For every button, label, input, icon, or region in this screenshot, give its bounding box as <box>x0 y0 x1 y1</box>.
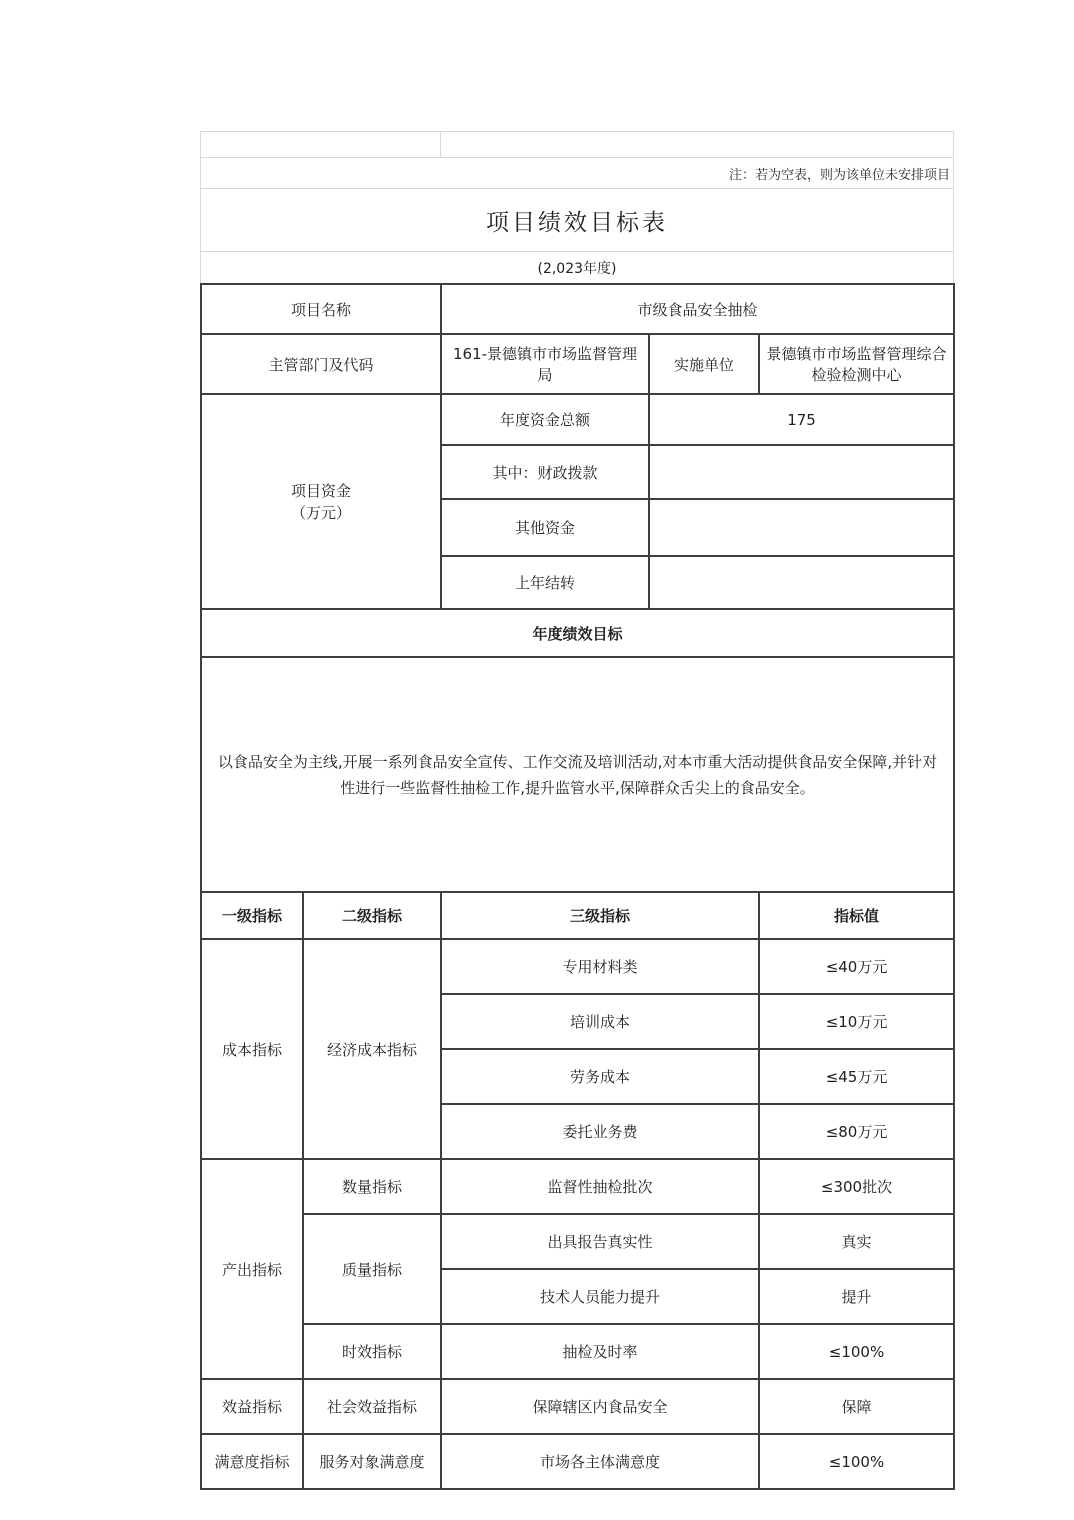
impl-unit-value: 景德镇市市场监督管理综合检验检测中心 <box>759 334 954 394</box>
table-row: 时效指标 抽检及时率 ≤100% <box>201 1324 954 1379</box>
fund-label-carryover: 上年结转 <box>441 556 649 609</box>
indicator-level2: 经济成本指标 <box>303 939 441 1159</box>
department-value: 161-景德镇市市场监督管理局 <box>441 334 649 394</box>
indicator-level1: 产出指标 <box>201 1159 303 1379</box>
indicator-level3: 出具报告真实性 <box>441 1214 759 1269</box>
indicator-level3: 培训成本 <box>441 994 759 1049</box>
indicator-header-level3: 三级指标 <box>441 892 759 939</box>
indicator-value: ≤45万元 <box>759 1049 954 1104</box>
header-block: 注：若为空表，则为该单位未安排项目 项目绩效目标表 (2,023年度) <box>200 131 954 284</box>
fund-value-fiscal <box>649 445 954 499</box>
indicator-value: 真实 <box>759 1214 954 1269</box>
empty-cell-left <box>201 132 441 158</box>
indicator-level3: 技术人员能力提升 <box>441 1269 759 1324</box>
indicator-level2: 质量指标 <box>303 1214 441 1324</box>
table-row: 以食品安全为主线,开展一系列食品安全宣传、工作交流及培训活动,对本市重大活动提供… <box>201 657 954 892</box>
funds-label: 项目资金 （万元） <box>201 394 441 609</box>
table-row: 主管部门及代码 161-景德镇市市场监督管理局 实施单位 景德镇市市场监督管理综… <box>201 334 954 394</box>
table-row: 质量指标 出具报告真实性 真实 <box>201 1214 954 1269</box>
table-row: 年度绩效目标 <box>201 609 954 657</box>
indicator-value: ≤10万元 <box>759 994 954 1049</box>
fund-label-fiscal: 其中：财政拨款 <box>441 445 649 499</box>
fund-value-other <box>649 499 954 556</box>
fund-label-other: 其他资金 <box>441 499 649 556</box>
table-row: 项目资金 （万元） 年度资金总额 175 <box>201 394 954 445</box>
indicator-level3: 劳务成本 <box>441 1049 759 1104</box>
indicator-level3: 抽检及时率 <box>441 1324 759 1379</box>
project-name-label: 项目名称 <box>201 284 441 334</box>
indicator-value: 提升 <box>759 1269 954 1324</box>
goal-header: 年度绩效目标 <box>201 609 954 657</box>
project-name-value: 市级食品安全抽检 <box>441 284 954 334</box>
indicator-value: 保障 <box>759 1379 954 1434</box>
indicator-value: ≤300批次 <box>759 1159 954 1214</box>
performance-target-table: 项目名称 市级食品安全抽检 主管部门及代码 161-景德镇市市场监督管理局 实施… <box>200 283 955 1490</box>
fund-value-total: 175 <box>649 394 954 445</box>
indicator-level3: 保障辖区内食品安全 <box>441 1379 759 1434</box>
indicator-level1: 效益指标 <box>201 1379 303 1434</box>
funds-label-line1: 项目资金 <box>208 480 434 502</box>
fund-value-carryover <box>649 556 954 609</box>
indicator-value: ≤100% <box>759 1434 954 1489</box>
department-label: 主管部门及代码 <box>201 334 441 394</box>
fund-label-total: 年度资金总额 <box>441 394 649 445</box>
table-row: 效益指标 社会效益指标 保障辖区内食品安全 保障 <box>201 1379 954 1434</box>
indicator-level3: 委托业务费 <box>441 1104 759 1159</box>
indicator-level3: 专用材料类 <box>441 939 759 994</box>
page-title: 项目绩效目标表 <box>201 189 954 252</box>
indicator-level2: 社会效益指标 <box>303 1379 441 1434</box>
indicator-header-level1: 一级指标 <box>201 892 303 939</box>
table-row: 注：若为空表，则为该单位未安排项目 <box>201 158 954 189</box>
page-subtitle: (2,023年度) <box>201 252 954 284</box>
indicator-level2: 服务对象满意度 <box>303 1434 441 1489</box>
indicator-level3: 监督性抽检批次 <box>441 1159 759 1214</box>
table-row: 满意度指标 服务对象满意度 市场各主体满意度 ≤100% <box>201 1434 954 1489</box>
indicator-level2: 数量指标 <box>303 1159 441 1214</box>
table-row <box>201 132 954 158</box>
empty-cell-right <box>441 132 954 158</box>
table-row: 一级指标 二级指标 三级指标 指标值 <box>201 892 954 939</box>
note-text: 注：若为空表，则为该单位未安排项目 <box>201 158 954 189</box>
indicator-value: ≤40万元 <box>759 939 954 994</box>
table-row: 项目名称 市级食品安全抽检 <box>201 284 954 334</box>
funds-label-line2: （万元） <box>208 502 434 524</box>
indicator-level1: 满意度指标 <box>201 1434 303 1489</box>
indicator-header-level2: 二级指标 <box>303 892 441 939</box>
table-row: (2,023年度) <box>201 252 954 284</box>
indicator-value: ≤100% <box>759 1324 954 1379</box>
table-row: 项目绩效目标表 <box>201 189 954 252</box>
table-row: 产出指标 数量指标 监督性抽检批次 ≤300批次 <box>201 1159 954 1214</box>
goal-text: 以食品安全为主线,开展一系列食品安全宣传、工作交流及培训活动,对本市重大活动提供… <box>201 657 954 892</box>
indicator-level3: 市场各主体满意度 <box>441 1434 759 1489</box>
document-page: { "colors": { "main_table_border": "#3f3… <box>0 0 1074 1520</box>
table-row: 成本指标 经济成本指标 专用材料类 ≤40万元 <box>201 939 954 994</box>
indicator-header-value: 指标值 <box>759 892 954 939</box>
indicator-level2: 时效指标 <box>303 1324 441 1379</box>
indicator-value: ≤80万元 <box>759 1104 954 1159</box>
impl-unit-label: 实施单位 <box>649 334 759 394</box>
indicator-level1: 成本指标 <box>201 939 303 1159</box>
